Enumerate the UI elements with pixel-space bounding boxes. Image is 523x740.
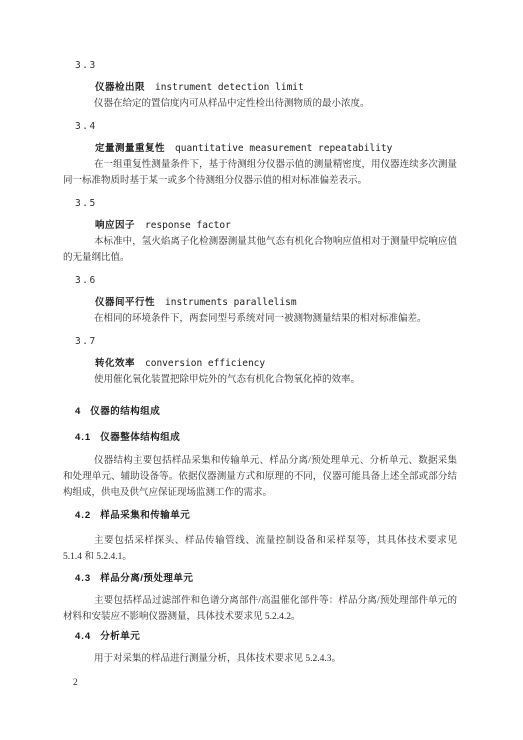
term-en: response factor bbox=[145, 220, 231, 231]
section-heading-4-4: 4.4分析单元 bbox=[75, 629, 523, 645]
term-en: quantitative measurement repeatability bbox=[175, 143, 392, 154]
page-number: 2 bbox=[73, 675, 523, 691]
term-en: instrument detection limit bbox=[155, 82, 304, 93]
section-heading-4-1: 4.1仪器整体结构组成 bbox=[75, 430, 523, 446]
term-definition: 本标准中，氢火焰离子化检测器测量其他气态有机化合物响应值相对于测量甲烷响应值的无… bbox=[63, 234, 457, 266]
section-paragraph: 主要包括样品过滤部件和色谱分离部件/高温催化部件等：样品分离/预处理部件单元的材… bbox=[63, 593, 457, 625]
term-definition: 使用催化氧化装置把除甲烷外的气态有机化合物氧化掉的效率。 bbox=[63, 372, 457, 388]
section-title: 样品分离/预处理单元 bbox=[100, 573, 193, 584]
term-heading-3-4: 定量测量重复性quantitative measurement repeatab… bbox=[95, 141, 523, 157]
clause-number-3-4: 3.4 bbox=[75, 119, 523, 135]
section-heading-4-2: 4.2样品采集和传输单元 bbox=[75, 508, 523, 524]
clause-number-3-6: 3.6 bbox=[75, 273, 523, 289]
section-paragraph: 用于对采集的样品进行测量分析，具体技术要求见 5.2.4.3。 bbox=[63, 651, 457, 667]
section-title: 样品采集和传输单元 bbox=[100, 510, 190, 521]
clause-number-3-3: 3.3 bbox=[75, 58, 523, 74]
term-zh: 仪器间平行性 bbox=[95, 297, 155, 308]
section-number: 4.1 bbox=[75, 432, 91, 443]
term-zh: 转化效率 bbox=[95, 358, 135, 369]
section-number: 4.3 bbox=[75, 573, 91, 584]
section-heading-4-3: 4.3样品分离/预处理单元 bbox=[75, 571, 523, 587]
term-zh: 响应因子 bbox=[95, 220, 135, 231]
document-page: 3.3 仪器检出限instrument detection limit 仪器在给… bbox=[0, 0, 523, 740]
term-definition: 在一组重复性测量条件下，基于待测组分仪器示值的测量精密度，用仪器连续多次测量同一… bbox=[63, 157, 457, 189]
term-definition: 仪器在给定的置信度内可从样品中定性检出待测物质的最小浓度。 bbox=[63, 96, 457, 112]
chapter-heading: 4仪器的结构组成 bbox=[75, 404, 523, 420]
clause-number-3-5: 3.5 bbox=[75, 196, 523, 212]
section-paragraph: 主要包括采样探头、样品传输管线、流量控制设备和采样泵等，其具体技术要求见 5.1… bbox=[63, 533, 457, 565]
term-heading-3-3: 仪器检出限instrument detection limit bbox=[95, 80, 523, 96]
chapter-title: 仪器的结构组成 bbox=[90, 406, 160, 417]
section-number: 4.4 bbox=[75, 631, 91, 642]
term-zh: 仪器检出限 bbox=[95, 82, 145, 93]
term-en: instruments parallelism bbox=[165, 297, 297, 308]
section-number: 4.2 bbox=[75, 510, 91, 521]
term-definition: 在相同的环境条件下，两套同型号系统对同一被测物测量结果的相对标准偏差。 bbox=[63, 311, 457, 327]
term-en: conversion efficiency bbox=[145, 358, 265, 369]
term-heading-3-6: 仪器间平行性instruments parallelism bbox=[95, 295, 523, 311]
section-title: 仪器整体结构组成 bbox=[100, 432, 180, 443]
term-zh: 定量测量重复性 bbox=[95, 143, 165, 154]
term-heading-3-7: 转化效率conversion efficiency bbox=[95, 356, 523, 372]
section-paragraph: 仪器结构主要包括样品采集和传输单元、样品分离/预处理单元、分析单元、数据采集和处… bbox=[63, 453, 457, 501]
term-heading-3-5: 响应因子response factor bbox=[95, 218, 523, 234]
clause-number-3-7: 3.7 bbox=[75, 334, 523, 350]
chapter-number: 4 bbox=[75, 406, 81, 417]
section-title: 分析单元 bbox=[100, 631, 140, 642]
